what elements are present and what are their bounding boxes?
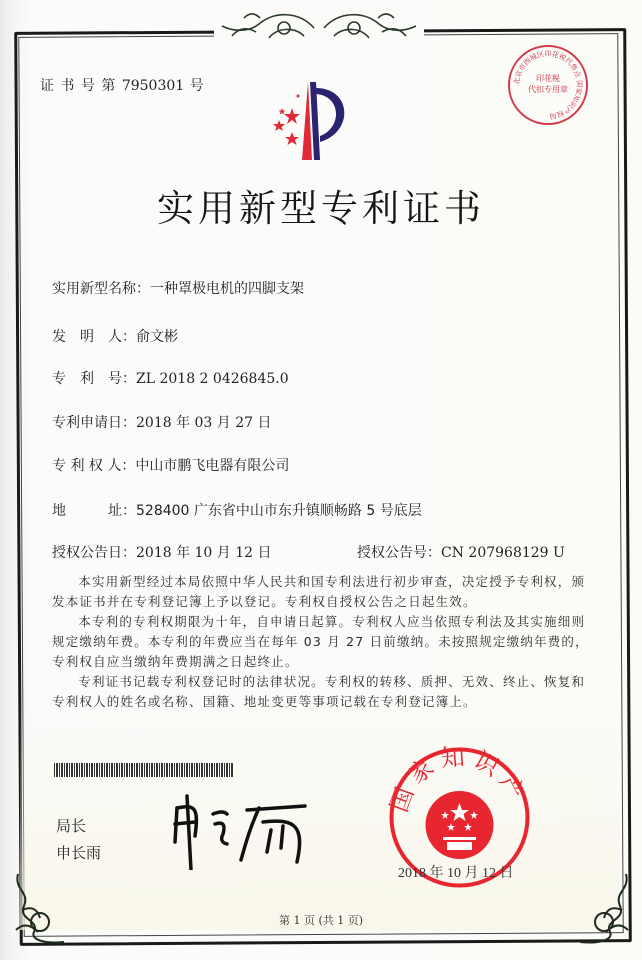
body-paragraph-2: 本专利的专利权期限为十年，自申请日起算。专利权人应当依照专利法及其实施细则规定缴… — [52, 612, 592, 672]
body-paragraph-1: 本实用新型经过本局依照中华人民共和国专利法进行初步审查，决定授予专利权，颁发本证… — [52, 572, 592, 612]
certificate-number-prefix: 证 书 号 第 — [40, 78, 116, 94]
page-number: 第 1 页 (共 1 页) — [0, 912, 642, 928]
bottom-left-corner-ornament — [10, 870, 70, 950]
seal-date: 2018 年 10 月 12 日 — [398, 862, 514, 882]
director-signature-icon — [165, 790, 325, 870]
field-label: 专 利 号： — [52, 368, 136, 388]
field-value: 528400 广东省中山市东升镇顺畅路 5 号底层 — [136, 503, 422, 519]
field-label: 实用新型名称： — [52, 278, 150, 298]
field-label: 专利申请日： — [52, 412, 136, 432]
certificate-number: 证 书 号 第 7950301 号 — [40, 75, 205, 95]
field-label: 授权公告号： — [357, 545, 441, 561]
certificate-body-text: 本实用新型经过本局依照中华人民共和国专利法进行初步审查，决定授予专利权，颁发本证… — [52, 572, 592, 712]
field-value: 2018 年 10 月 12 日 — [136, 545, 272, 561]
body-paragraph-3: 专利证书记载专利权登记时的法律状况。专利权的转移、质押、无效、终止、恢复和专利权… — [52, 672, 592, 712]
field-value: ZL 2018 2 0426845.0 — [136, 371, 289, 387]
seal-center-line2: 代扣专用章 — [510, 84, 586, 95]
certificate-number-value: 7950301 — [122, 78, 184, 94]
field-value: 2018 年 03 月 27 日 — [136, 415, 272, 431]
top-scroll-ornament — [214, 6, 424, 46]
field-patent-number: 专 利 号：ZL 2018 2 0426845.0 — [52, 368, 289, 388]
bottom-right-corner-ornament — [574, 870, 634, 950]
director-title: 局长 — [56, 815, 86, 836]
field-filing-date: 专利申请日：2018 年 03 月 27 日 — [52, 412, 272, 432]
seal-center-line1: 印花税 — [510, 73, 586, 84]
field-patentee: 专 利 权 人：中山市鹏飞电器有限公司 — [52, 455, 289, 475]
field-value: 中山市鹏飞电器有限公司 — [135, 458, 289, 474]
field-inventor: 发 明 人：俞文彬 — [52, 326, 178, 346]
barcode — [54, 763, 234, 777]
certificate-number-suffix: 号 — [190, 78, 205, 94]
cnipa-logo-icon — [262, 80, 352, 160]
field-value: 俞文彬 — [136, 329, 178, 345]
field-value: CN 207968129 U — [441, 545, 565, 561]
field-label: 地 址： — [52, 500, 136, 520]
field-address: 地 址：528400 广东省中山市东升镇顺畅路 5 号底层 — [52, 500, 422, 520]
stamp-duty-seal: 北京市西城区印花税代售点 国家知识产权局 印花税 代扣专用章 — [508, 45, 588, 125]
field-utility-model-name: 实用新型名称：一种罩极电机的四脚支架 — [52, 278, 304, 298]
certificate-title: 实用新型专利证书 — [0, 178, 642, 232]
field-label: 授权公告日： — [52, 542, 136, 562]
field-label: 发 明 人： — [52, 326, 136, 346]
field-grant-announcement-number: 授权公告号：CN 207968129 U — [357, 542, 565, 562]
field-label: 专 利 权 人： — [52, 455, 135, 475]
field-value: 一种罩极电机的四脚支架 — [150, 281, 304, 297]
director-name: 申长雨 — [56, 842, 101, 863]
field-grant-announcement-date: 授权公告日：2018 年 10 月 12 日 — [52, 542, 272, 562]
